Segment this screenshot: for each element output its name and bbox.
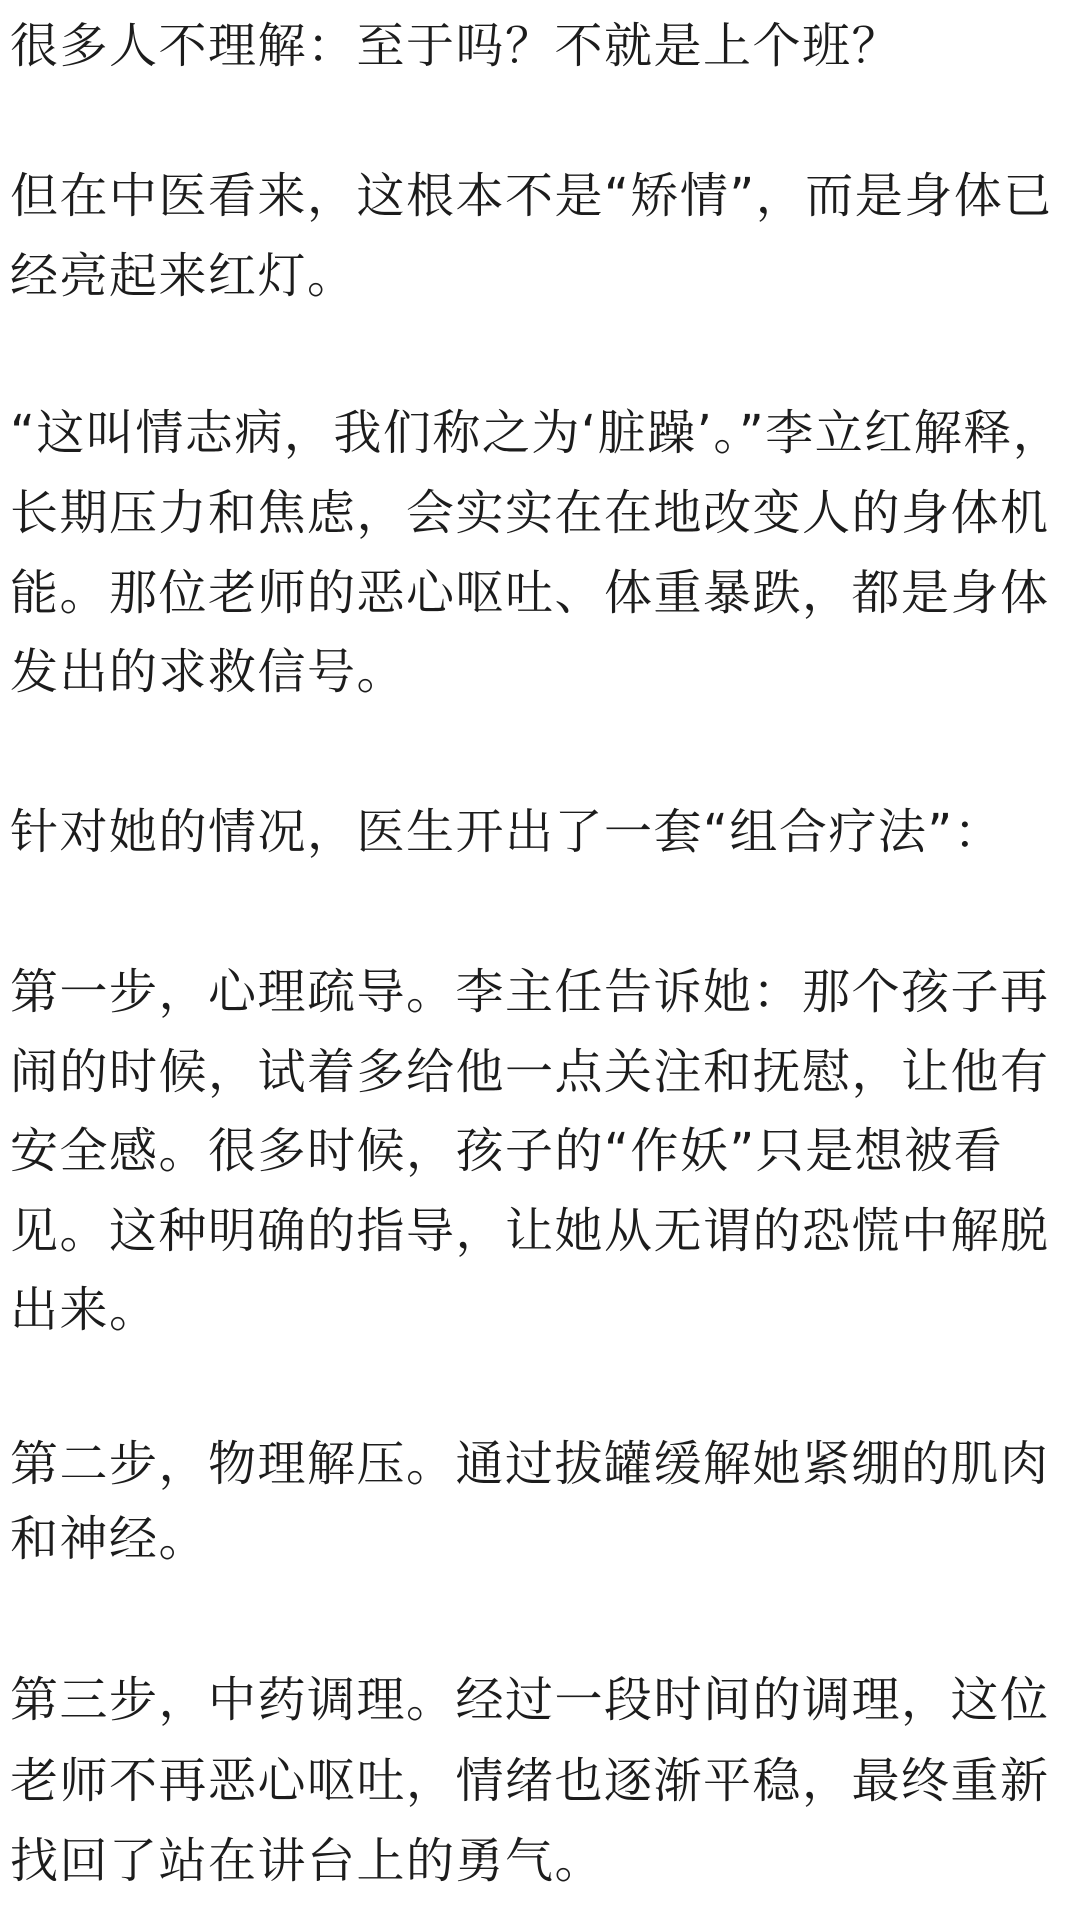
paragraph-5-line-3: 安全感。很多时候，孩子的“作妖”只是想被看 [10, 1111, 1080, 1191]
paragraph-7-line-2: 老师不再恶心呕吐，情绪也逐渐平稳，最终重新 [10, 1741, 1080, 1821]
paragraph-2-line-1: 但在中医看来，这根本不是“矫情”，而是身体已 [10, 156, 1080, 236]
paragraph-3-line-4: 发出的求救信号。 [10, 632, 1080, 712]
article-body: 很多人不理解：至于吗？不就是上个班？ 但在中医看来，这根本不是“矫情”，而是身体… [0, 0, 1080, 1916]
paragraph-7-line-1: 第三步，中药调理。经过一段时间的调理，这位 [10, 1660, 1080, 1740]
paragraph-1-line-1: 很多人不理解：至于吗？不就是上个班？ [10, 6, 1080, 86]
paragraph-4-line-1: 针对她的情况，医生开出了一套“组合疗法”： [10, 792, 1080, 872]
paragraph-5-line-5: 出来。 [10, 1270, 1080, 1350]
paragraph-7-line-3: 找回了站在讲台上的勇气。 [10, 1821, 1080, 1901]
paragraph-6-line-2: 和神经。 [10, 1499, 1080, 1579]
paragraph-5-line-2: 闹的时候，试着多给他一点关注和抚慰，让他有 [10, 1032, 1080, 1112]
paragraph-5-line-4: 见。这种明确的指导，让她从无谓的恐慌中解脱 [10, 1191, 1080, 1271]
paragraph-2-line-2: 经亮起来红灯。 [10, 236, 1080, 316]
paragraph-6-line-1: 第二步，物理解压。通过拔罐缓解她紧绷的肌肉 [10, 1424, 1080, 1504]
paragraph-3-line-3: 能。那位老师的恶心呕吐、体重暴跌，都是身体 [10, 553, 1080, 633]
paragraph-3-line-1: “这叫情志病，我们称之为‘脏躁’。”李立红解释， [10, 393, 1080, 473]
paragraph-5-line-1: 第一步，心理疏导。李主任告诉她：那个孩子再 [10, 952, 1080, 1032]
paragraph-3-line-2: 长期压力和焦虑，会实实在在地改变人的身体机 [10, 473, 1080, 553]
